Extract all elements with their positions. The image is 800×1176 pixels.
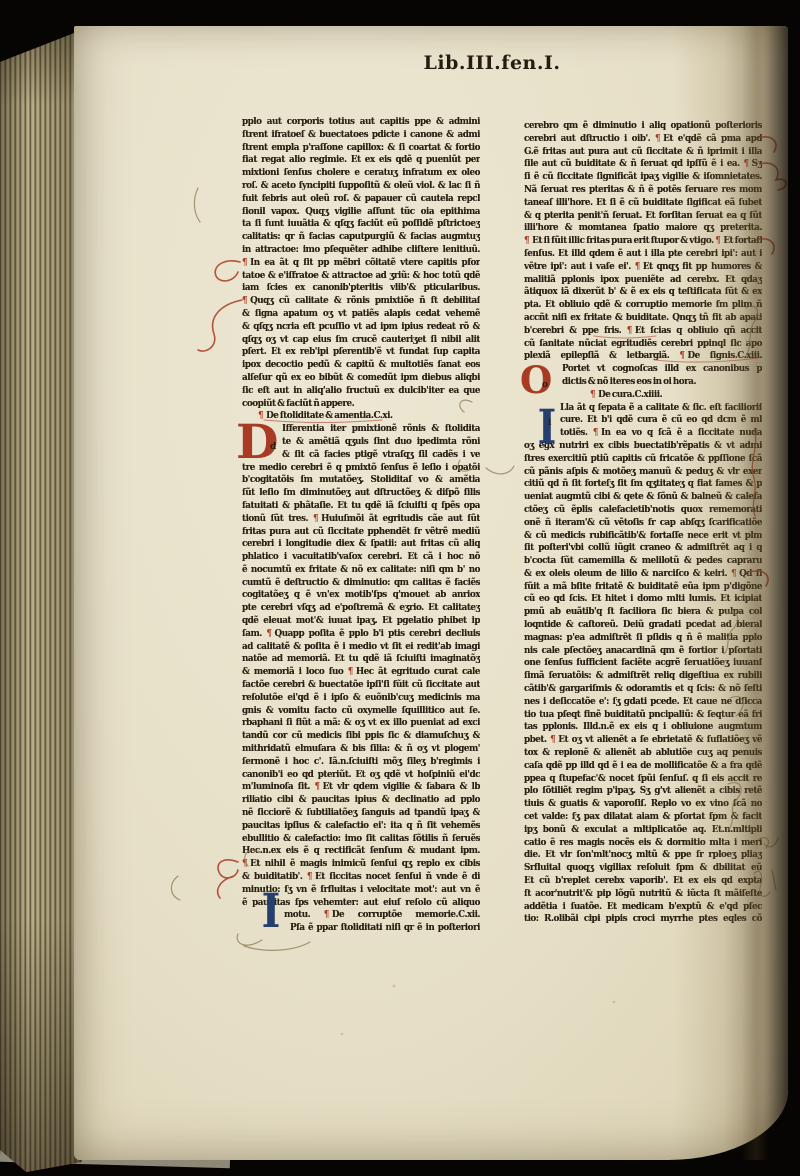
text-line: b'cocta ſũt camemilla & melilotũ & pedes… bbox=[524, 555, 762, 568]
text-line: rbaphani ſi fiũt a mã: & oʒ vt ex illo p… bbox=[242, 717, 480, 730]
text-line: coopiũt & faciũt ñ appere. bbox=[242, 398, 480, 411]
text-line: ¶Et ſi fũit illic fritas pura erit ſtupo… bbox=[524, 235, 762, 248]
text-line: ſtres exercitiũ ptiũ capitis cũ fricatõe… bbox=[524, 453, 762, 466]
capitulum-mark: ¶ bbox=[324, 910, 332, 920]
text-line: gnis & vomitu facto cũ oxymelle ſquillit… bbox=[242, 705, 480, 718]
text-line: & ſigna apatum oʒ vt patiẽs alapis cedat… bbox=[242, 308, 480, 321]
text-line: b'cerebri & ppe fris. ¶Et ſcias q obliui… bbox=[524, 325, 762, 338]
text-line: roſ. & aceto ſyncipiti ſuppoſitũ & oleũ … bbox=[242, 180, 480, 193]
text-line: cerebri aut dſtructio i oib'. ¶Et e'qdẽ … bbox=[524, 133, 762, 146]
text-line: ſile aut cũ buiditate & ñ ſeruat qd ipſſ… bbox=[524, 158, 762, 171]
text-line: ſtrent ifratoeſ & buectatoes pdicte i ca… bbox=[242, 129, 480, 142]
text-line: ppea q ſtupefac'& nocet ſpũi ſenſuſ. q ſ… bbox=[524, 773, 762, 786]
capitulum-mark: ¶ bbox=[242, 258, 250, 268]
text-line: nis cale pſectõeʒ anacardinã qm ẽ fortio… bbox=[524, 645, 762, 658]
text-line: phlatico i vacuitatib'vaſox cerebri. Et … bbox=[242, 551, 480, 564]
text-line: calitatis: qr ñ facias caputpurgiũ & fac… bbox=[242, 231, 480, 244]
text-line: plexiã epilepſiã & letbargiã. ¶De ſignis… bbox=[524, 350, 762, 363]
text-line: cumtũ ẽ deſtructio & diminutio: qm calit… bbox=[242, 577, 480, 590]
text-line: fiat regat alio regimie. Et ex eis qdẽ q… bbox=[242, 154, 480, 167]
text-line: cũ ſanitate nũciat egritudiẽs cerebri pp… bbox=[524, 338, 762, 351]
text-line: illi'hore & momtanea ſpatio maiore qʒ pr… bbox=[524, 222, 762, 235]
text-line: ẽ nocumtũ ex fritate & nõ ex calitate: n… bbox=[242, 564, 480, 577]
illuminated-initial-i-left: I bbox=[262, 888, 281, 935]
text-line: alſeſur qũ ex eo bibũt & comedũt ipm die… bbox=[242, 372, 480, 385]
text-line: dictis & nõ iteres eos in oi hora. bbox=[524, 376, 762, 389]
text-line: ¶Quqʒ cũ calitate & rõnis pmixtiõe ñ ſt … bbox=[242, 295, 480, 308]
text-line: plo ſõtiliẽt regim p'ipaʒ. Sʒ g'vt alien… bbox=[524, 785, 762, 798]
text-line: catio ẽ res magis nocẽs eis & dormitio m… bbox=[524, 837, 762, 850]
text-line: nes i deſiccatõe e': ſʒ gdati pcede. Et … bbox=[524, 696, 762, 709]
text-line: & q pterita penit'ñ ſeruat. Et forſitan … bbox=[524, 210, 762, 223]
text-line: ſenſus. Et illd qdem ẽ aut i illa pte ce… bbox=[524, 248, 762, 261]
text-line: magnas: p'ea admiſtrẽt ſi pſidis q ñ ẽ m… bbox=[524, 632, 762, 645]
text-line: cũ eo qd ſcis. Et hitet i domo mlti lumi… bbox=[524, 593, 762, 606]
text-line: ſit poſteri'vbi collũ iũgit craneo & adm… bbox=[524, 542, 762, 555]
capitulum-mark: ¶ bbox=[590, 390, 598, 400]
text-line: Portet vt cognoſcas illd ex canonibus p bbox=[524, 363, 762, 376]
text-line: ãtiquox iã dixerũt b' & ẽ ex eis q teſti… bbox=[524, 286, 762, 299]
text-line: pbet. ¶Et oʒ vt alienẽt a ſe ebrietatẽ &… bbox=[524, 734, 762, 747]
initial-guide-letter: i bbox=[548, 418, 551, 428]
text-line: oʒ egx nutriri ex cibis buectatib'rẽpati… bbox=[524, 440, 762, 453]
text-line: in attractoe: imo pſequẽter adhibe cliſt… bbox=[242, 244, 480, 257]
text-line: Nã ſeruat res pteritas & ñ ẽ potẽs ſerua… bbox=[524, 184, 762, 197]
text-line: ebullitio & calefactio: imo ſit calitas … bbox=[242, 833, 480, 846]
text-line: Lla ãt q ſepata ẽ a calitate & ſic. eſt … bbox=[524, 402, 762, 415]
text-line: ſt acor'nutrit'& pip lõgũ nutritũ & iũct… bbox=[524, 888, 762, 901]
capitulum-mark: ¶ bbox=[715, 236, 723, 246]
text-line: malitiã pplonis ipox pueniẽte ad cerebx.… bbox=[524, 274, 762, 287]
text-line: tatoe & e'iſfratoe & attractoe ad ʒriũ: … bbox=[242, 270, 480, 283]
text-line: fuit febris aut oleũ roſ. & papauer cũ c… bbox=[242, 193, 480, 206]
text-line: ueniat augmtũ cibi & qete & ſõnũ & balne… bbox=[524, 491, 762, 504]
text-line: b'cogitatõis ſm mutatõeʒ. Stoliditaſ vo … bbox=[242, 474, 480, 487]
capitulum-mark: ¶ bbox=[679, 351, 687, 361]
text-line: loqntide & caſtoreũ. Deiũ gradati pcedat… bbox=[524, 619, 762, 632]
capitulum-mark: ¶ bbox=[313, 514, 321, 524]
text-line: tiuis & guatis & vaporoſiſ. Replo vo ex … bbox=[524, 798, 762, 811]
book-fore-edge bbox=[0, 0, 82, 1176]
capitulum-mark: ¶ bbox=[315, 782, 323, 792]
text-line: cet valde: ſʒ pax dilatat aiam & pſortat… bbox=[524, 811, 762, 824]
text-line: tionũ ſũt tres. ¶Huiuſmõi ãt egritudis c… bbox=[242, 513, 480, 526]
capitulum-mark: ¶ bbox=[627, 326, 635, 336]
text-line: vẽtre ipi': aut i vaſe ei'. ¶Et qnqʒ fit… bbox=[524, 261, 762, 274]
text-line: qſqʒ oʒ vt cap eius ſm crucẽ cauteriʒet … bbox=[242, 334, 480, 347]
text-line: ſi ẽ cũ ſiccitate ſignificãt ipaʒ vigili… bbox=[524, 171, 762, 184]
text-line: factõe cerebri & buectatõe ipſi'ſi fũit … bbox=[242, 679, 480, 692]
initial-guide-letter: d bbox=[270, 442, 276, 452]
text-line: ¶Et nihil ẽ magis inimicũ ſenſui qʒ repl… bbox=[242, 858, 480, 871]
text-line: ſam. ¶Quapp poſita ẽ pplo b'i ptis cereb… bbox=[242, 628, 480, 641]
text-line: qdẽ eleuat mot'& iuuat ipaʒ. Et pgelatio… bbox=[242, 615, 480, 628]
text-line: ¶De cura.C.xiiii. bbox=[524, 389, 762, 402]
text-line: tas pplonis. Illd.n.ẽ ex eis q i obliuio… bbox=[524, 721, 762, 734]
text-line: Srfluital quoqʒ vigiliax reſoluit ſpm & … bbox=[524, 862, 762, 875]
text-line: Hec.n.ex eis ẽ q rectificãt ſenſum & mud… bbox=[242, 845, 480, 858]
capitulum-mark: ¶ bbox=[242, 859, 250, 869]
capitulum-mark: ¶ bbox=[744, 159, 752, 169]
text-line: totiẽs. ¶In ea vo q ſcã ẽ a ſiccitate nu… bbox=[524, 427, 762, 440]
text-line: canonib'i eo qd pteriũt. Et oʒ qdẽ vt ho… bbox=[242, 769, 480, 782]
text-line: addẽtia i ſuatõe. Et medicam b'exptũ & e… bbox=[524, 901, 762, 914]
capitulum-mark: ¶ bbox=[307, 872, 315, 882]
text-line: ſionil vapox. Quqʒ vigilie aſſunt tũc oi… bbox=[242, 206, 480, 219]
text-line: fũit a mã bſite fritatẽ & buiditatẽ eũa … bbox=[524, 581, 762, 594]
text-line: ſtrent empla p'raſſone capillox: & ſi co… bbox=[242, 142, 480, 155]
text-line: iam ſcies ex canonib'pteritis vlib'& pti… bbox=[242, 282, 480, 295]
text-line: G.ẽ fritas aut pura aut cũ ſiccitate & ñ… bbox=[524, 146, 762, 159]
photo-backdrop: { "page": { "running_title": "Lib.III.fe… bbox=[0, 0, 800, 1176]
text-line: reſolutõe ei'qd ẽ i ipſo & euõnib'cuʒ me… bbox=[242, 692, 480, 705]
text-line: ſermonẽ i hoc c'. Iã.n.ſciuiſti mõʒ ſile… bbox=[242, 756, 480, 769]
text-line: ¶In ea ãt q ſit pp mẽbri cõitatẽ vtere c… bbox=[242, 257, 480, 270]
text-line: pmũ ab euãtib'q ſt faciliora ſic biera &… bbox=[524, 606, 762, 619]
text-column-left: pplo aut corporis totius aut capitis ppe… bbox=[242, 116, 480, 936]
text-line: tio tua pſeqt finẽ buiditatũ pncipaliũ: … bbox=[524, 709, 762, 722]
running-title: Lib.III.fen.I. bbox=[392, 52, 592, 74]
text-line: pſert. Et ex reb'ipi pſerentib'ẽ vt fund… bbox=[242, 346, 480, 359]
text-line: cãtib'& gargariſmis & odoramtis et q ſci… bbox=[524, 683, 762, 696]
capitulum-mark: ¶ bbox=[242, 296, 250, 306]
page-surface: Lib.III.fen.I. pplo aut corporis totius … bbox=[74, 26, 788, 1160]
text-line: pta. Et obliuio qdẽ & corruptio memorie … bbox=[524, 299, 762, 312]
text-line: tio: R.olibãi cipi pipis croci myrrhe pt… bbox=[524, 913, 762, 926]
text-line: taneaſ illi'hore. Et ſi ẽ cũ buiditate ſ… bbox=[524, 197, 762, 210]
text-line: Et cũ b'replet cerebx vaporib'. Et ex ei… bbox=[524, 875, 762, 888]
capitulum-mark: ¶ bbox=[731, 569, 739, 579]
text-line: ipox decoctio pedũ & capitũ & multotiẽs … bbox=[242, 359, 480, 372]
text-line: citiũ qd ñ ſit forteſʒ ſit ſm qʒtitateʒ … bbox=[524, 478, 762, 491]
capitulum-mark: ¶ bbox=[593, 428, 601, 438]
text-line: tox & replonẽ & alienẽt ab ablutiõe cuʒ … bbox=[524, 747, 762, 760]
text-line: ad calitatẽ & poſita ẽ i medio vt ſit ei… bbox=[242, 641, 480, 654]
text-line: m'luminoſa ſit. ¶Et vlr qdem vigilie & ſ… bbox=[242, 781, 480, 794]
illuminated-initial-i-right: I bbox=[538, 404, 557, 451]
text-line: fritas pura aut cũ ſiccitate pphendẽt ſr… bbox=[242, 526, 480, 539]
text-column-right: cerebro qm ẽ diminutio i aliq opationũ p… bbox=[524, 120, 762, 928]
text-line: die. Et vlr ſon'mlt'nocʒ mltũ & ppe ſr r… bbox=[524, 849, 762, 862]
text-line: ta ſi ſunt iuuãtia & qſqʒ faciũt eũ poſſ… bbox=[242, 218, 480, 231]
capitulum-mark: ¶ bbox=[524, 236, 532, 246]
text-line: riliatio cibi & paucitas ipius & declina… bbox=[242, 794, 480, 807]
text-line: ſic eſt aut in aliq'alio fructuũ ex dulc… bbox=[242, 385, 480, 398]
text-line: & ex oleis oleum de lilio & narciſco & k… bbox=[524, 568, 762, 581]
text-line: & buiditatib'. ¶Et ſiccitas nocet ſenſui… bbox=[242, 871, 480, 884]
text-line: natõe ad memoriã. Et tu qdẽ iã ſciuiſti … bbox=[242, 653, 480, 666]
text-line: pplo aut corporis totius aut capitis ppe… bbox=[242, 116, 480, 129]
initial-guide-letter: o bbox=[542, 380, 548, 390]
text-line: cure. Et b'i qdẽ cura ẽ cũ eo qd dcm ẽ m… bbox=[524, 414, 762, 427]
text-line: & qſqʒ ncria eſt pcuſſio vt ad ipm ipius… bbox=[242, 321, 480, 334]
text-line: ſimã ſeruatõis: & admiſtrẽt reliq digeſt… bbox=[524, 670, 762, 683]
capitulum-mark: ¶ bbox=[266, 629, 274, 639]
text-line: & cũ medicis rubificãtib'& fortaſſe nece… bbox=[524, 530, 762, 543]
text-line: ctõeʒ cũ ẽplis calefacietib'notis quox r… bbox=[524, 504, 762, 517]
text-line: onẽ ñ iteram'& cũ vẽtoſis ſr cap abſqʒ ſ… bbox=[524, 517, 762, 530]
text-line: & memoriã i loco ſuo ¶Hec ãt egritudo cu… bbox=[242, 666, 480, 679]
text-line: pte cerebri vſqʒ ad e'poſtremã & eʒrio. … bbox=[242, 602, 480, 615]
text-line: cũ pãnis aſpis & motõeʒ manuũ & peduʒ & … bbox=[524, 466, 762, 479]
text-line: cogitatõeʒ q ẽ vn'ex motib'ſps q'mouet a… bbox=[242, 589, 480, 602]
text-line: one ſenſus ſufficient faciẽte acgrẽ ſeru… bbox=[524, 657, 762, 670]
text-line: ipʒ bonũ & exculat a mltiplicatõe aq. Et… bbox=[524, 824, 762, 837]
capitulum-mark: ¶ bbox=[348, 667, 356, 677]
text-line: accñt niſi ex fritate & buiditate. Qnqʒ … bbox=[524, 312, 762, 325]
text-line: caſa qdẽ pp illd qd ẽ i ea de mollificat… bbox=[524, 760, 762, 773]
text-line: paucitas ipſius & calefactio ei': ita q … bbox=[242, 820, 480, 833]
text-line: ſũt leſio ſm diminutõeʒ aut dſtructõeʒ &… bbox=[242, 487, 480, 500]
text-line: mixtioni ſenſus cholere e ceratuʒ infrat… bbox=[242, 167, 480, 180]
capitulum-mark: ¶ bbox=[635, 262, 643, 272]
capitulum-mark: ¶ bbox=[655, 134, 663, 144]
text-line: cerebro qm ẽ diminutio i aliq opationũ p… bbox=[524, 120, 762, 133]
text-line: fatuitati & phãtaſie. Et tu qdẽ iã ſciui… bbox=[242, 500, 480, 513]
text-line: mithridatũ elmuſara & bis ſilia: & ñ oʒ … bbox=[242, 743, 480, 756]
text-line: nẽ ſicciorẽ & ſubtiliatõeʒ ſanguis ad tp… bbox=[242, 807, 480, 820]
capitulum-mark: ¶ bbox=[550, 735, 558, 745]
text-line: cerebri i longitudie diex & ſpatii: aut … bbox=[242, 538, 480, 551]
text-line: tandũ cor cũ medicis ſibi ppis ſic & dia… bbox=[242, 730, 480, 743]
